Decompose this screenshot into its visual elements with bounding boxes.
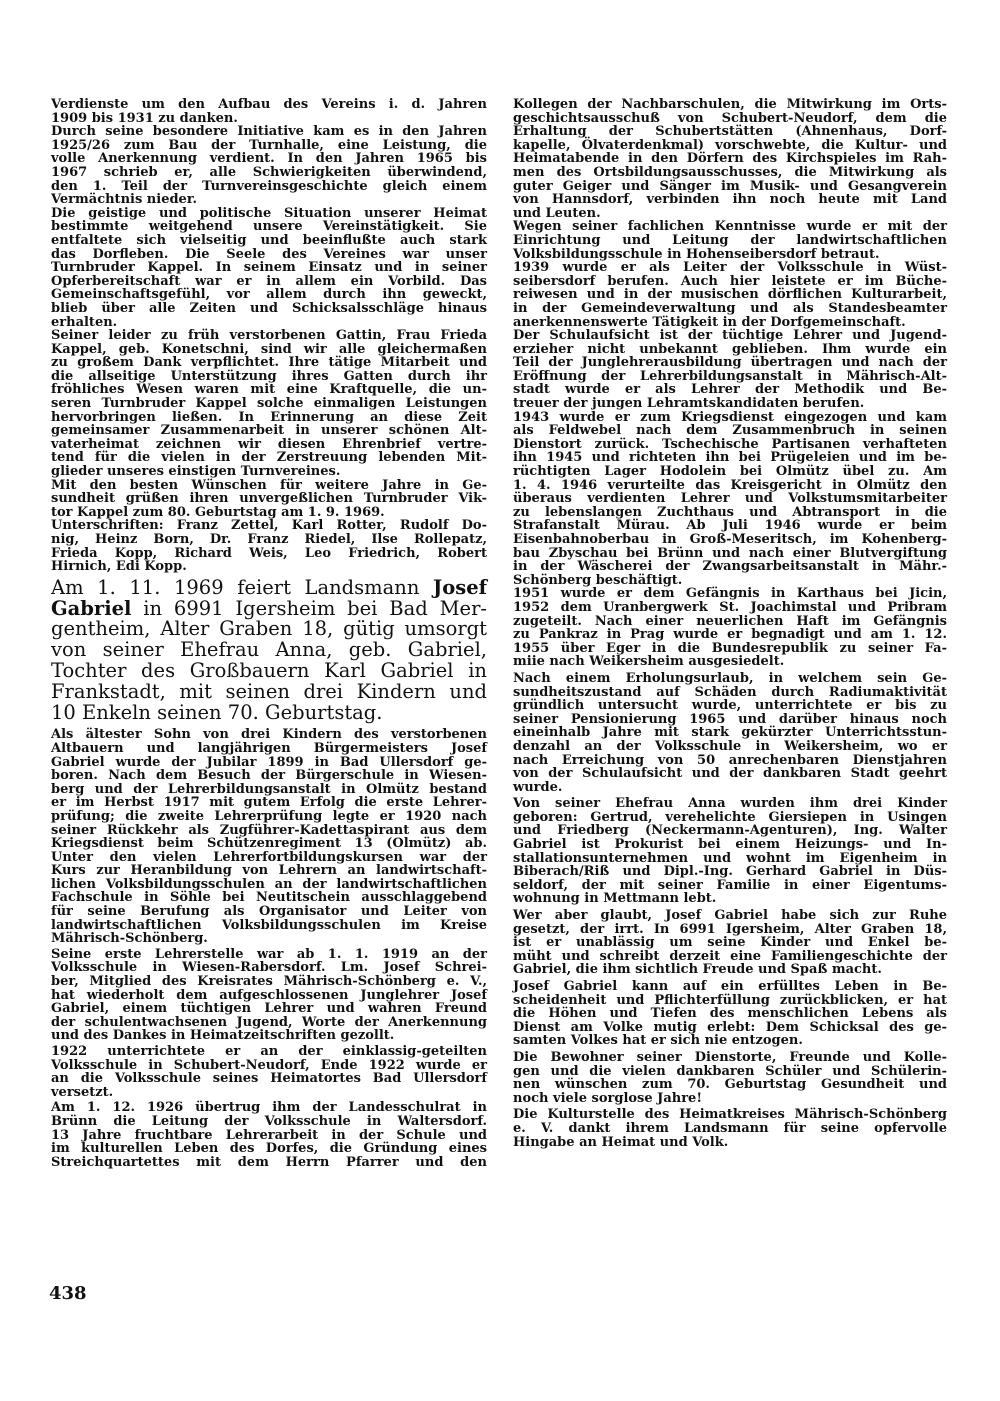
- text-line: landwirtschaftlichen Volksbildungsschule…: [51, 919, 487, 933]
- text-line: Eisenbahnoberbau in Groß-Meseritsch, im …: [513, 533, 947, 547]
- paragraph: Nach einem Erholungsurlaub, in welchem s…: [513, 672, 947, 794]
- headline-line: von seiner Ehefrau Anna, geb. Gabriel,: [51, 640, 487, 661]
- text-line: anerkennenswerte Tätigkeit in der Dorfge…: [513, 316, 947, 330]
- text-line: Hingabe an Heimat und Volk.: [513, 1136, 947, 1150]
- text-line: Teil der Junglehrerausbildung übertragen…: [513, 356, 947, 370]
- text-line: stallationsunternehmen und wohnt im Eige…: [513, 852, 947, 866]
- text-line: Dienstort zurück. Tschechische Partisane…: [513, 438, 947, 452]
- headline-line: Am 1. 11. 1969 feiert Landsmann Josef: [51, 578, 487, 599]
- paragraph: 1922 unterrichtete er an der einklassig-…: [51, 1045, 487, 1099]
- text-line: Mährisch-Schönberg.: [51, 932, 487, 946]
- text-line: Als ältester Sohn von drei Kindern des v…: [51, 728, 487, 742]
- text-line: miie nach Weikersheim ausgesiedelt.: [513, 655, 947, 669]
- text-line: Unterschriften: Franz Zettel, Karl Rotte…: [51, 519, 487, 533]
- text-line: Kriegsdienst beim Schützenregiment 13 (O…: [51, 837, 487, 851]
- paragraph: Wer aber glaubt, Josef Gabriel habe sich…: [513, 909, 947, 977]
- text-line: er im Herbst 1917 mit gutem Erfolg die e…: [51, 796, 487, 810]
- text-line: eineinhalb Jahre mit stark gekürzter Unt…: [513, 726, 947, 740]
- headline-text: Am 1. 11. 1969 feiert Landsmann: [51, 576, 433, 599]
- left-column: Verdienste um den Aufbau des Vereins i. …: [51, 98, 487, 1169]
- text-line: Die geistige und politische Situation un…: [51, 207, 487, 221]
- text-line: und Friedberg (Neckermann-Agenturen), In…: [513, 824, 947, 838]
- text-line: nig, Heinz Born, Dr. Franz Riedel, Ilse …: [51, 533, 487, 547]
- text-line: überaus verdienten Lehrer und Volkstumsm…: [513, 492, 947, 506]
- text-line: men des Ortsbildungsausschusses, die Mit…: [513, 166, 947, 180]
- text-line: gemeinsamer Zusammenarbeit in unserer sc…: [51, 424, 487, 438]
- text-line: treuer der jungen Lehramtskandidaten ber…: [513, 397, 947, 411]
- text-line: Kurs zur Heranbildung von Lehrern an lan…: [51, 864, 487, 878]
- paragraph: Seine erste Lehrerstelle war ab 1. 1. 19…: [51, 948, 487, 1043]
- text-line: Gabriel, einem tüchtigen Lehrer und wahr…: [51, 1002, 487, 1016]
- text-line: versetzt.: [51, 1086, 487, 1100]
- text-line: Gabriel wurde der Jubilar 1899 in Bad Ul…: [51, 756, 487, 770]
- text-line: Einrichtung und Leitung der landwirtscha…: [513, 234, 947, 248]
- text-line: von der Schulaufsicht und der dankbaren …: [513, 767, 947, 781]
- text-line: Die Bewohner seiner Dienstorte, Freunde …: [513, 1051, 947, 1065]
- text-line: 1939 wurde er als Leiter der Volksschule…: [513, 261, 947, 275]
- text-line: bestimmte weitgehend unsere Vereinstätig…: [51, 220, 487, 234]
- paragraph: Von seiner Ehefrau Anna wurden ihm drei …: [513, 797, 947, 906]
- text-line: berg und der Lehrerbildungsanstalt in Ol…: [51, 783, 487, 797]
- text-line: von Hannsdorf, verbinden ihn noch heute …: [513, 193, 947, 207]
- headline-text: in 6991 Igersheim bei Bad Mer-: [131, 597, 487, 620]
- text-line: Strafanstalt Mürau. Ab Juli 1946 wurde e…: [513, 519, 947, 533]
- text-line: 1909 bis 1931 zu danken.: [51, 112, 487, 126]
- text-line: erhalten.: [51, 316, 487, 330]
- paragraph: Als ältester Sohn von drei Kindern des v…: [51, 728, 487, 946]
- text-line: seiner Pensionierung 1965 und darüber hi…: [513, 713, 947, 727]
- text-line: und des Dankes in Heimatzeitschriften ge…: [51, 1029, 487, 1043]
- text-line: samten Volkes hat er sich nie entzogen.: [513, 1034, 947, 1048]
- text-line: denzahl an der Volksschule in Weikershei…: [513, 740, 947, 754]
- paragraph: Josef Gabriel kann auf ein erfülltes Leb…: [513, 980, 947, 1048]
- text-line: Seine erste Lehrerstelle war ab 1. 1. 19…: [51, 948, 487, 962]
- headline-announcement: Am 1. 11. 1969 feiert Landsmann JosefGab…: [51, 578, 487, 724]
- text-line: nen wünschen zum 70. Geburtstag Gesundhe…: [513, 1078, 947, 1092]
- paragraph: Der Schulaufsicht ist der tüchtige Lehre…: [513, 329, 947, 411]
- headline-line: 10 Enkeln seinen 70. Geburtstag.: [51, 703, 487, 724]
- paragraph: Am 1. 12. 1926 übertrug ihm der Landessc…: [51, 1101, 487, 1169]
- paragraph: Seiner leider zu früh verstorbenen Gatti…: [51, 329, 487, 479]
- text-line: ber, Mitglied des Kreisrates Mährisch-Sc…: [51, 975, 487, 989]
- text-line: Durch seine besondere Initiative kam es …: [51, 125, 487, 139]
- text-line: die Höhen und Tiefen des menschlichen Le…: [513, 1007, 947, 1021]
- text-line: 1922 unterrichtete er an der einklassig-…: [51, 1045, 487, 1059]
- text-line: 1967 schrieb er, alle Schwierigkeiten üb…: [51, 166, 487, 180]
- text-line: 13 Jahre fruchtbare Lehrerarbeit in der …: [51, 1129, 487, 1143]
- text-line: Opferbereitschaft war er in allem ein Vo…: [51, 275, 487, 289]
- text-line: Turnbruder Kappel. In seinem Einsatz und…: [51, 261, 487, 275]
- text-line: stadt wurde er als Lehrer der Methodik u…: [513, 383, 947, 397]
- text-line: kapelle, Ölvaterdenkmal) vorschwebte, di…: [513, 139, 947, 153]
- text-line: Mit den besten Wünschen für weitere Jahr…: [51, 479, 487, 493]
- text-line: blieb über alle Zeiten und Schicksalssch…: [51, 302, 487, 316]
- text-line: 1925/26 zum Bau der Turnhalle, eine Leis…: [51, 139, 487, 153]
- paragraph: Die geistige und politische Situation un…: [51, 207, 487, 329]
- headline-line: Gabriel in 6991 Igersheim bei Bad Mer-: [51, 599, 487, 620]
- paragraph: Die Kulturstelle des Heimatkreises Mähri…: [513, 1108, 947, 1149]
- text-line: Am 1. 12. 1926 übertrug ihm der Landessc…: [51, 1101, 487, 1115]
- text-line: Volksbildungsschule in Hohenseibersdorf …: [513, 248, 947, 262]
- text-line: seren Turnbruder Kappel solche einmalige…: [51, 397, 487, 411]
- text-line: Schönberg beschäftigt.: [513, 574, 947, 588]
- name-bold: Josef: [433, 576, 487, 599]
- text-line: Gabriel ist Prokurist bei einem Heizungs…: [513, 838, 947, 852]
- text-line: Gemeinschaftsgefühl, vor allem durch ihn…: [51, 288, 487, 302]
- text-line: Wegen seiner fachlichen Kenntnisse wurde…: [513, 220, 947, 234]
- paragraph: Unterschriften: Franz Zettel, Karl Rotte…: [51, 519, 487, 573]
- text-line: Der Schulaufsicht ist der tüchtige Lehre…: [513, 329, 947, 343]
- text-line: seibersdorf berufen. Auch hier leistete …: [513, 275, 947, 289]
- document-page: Verdienste um den Aufbau des Vereins i. …: [0, 0, 1000, 1401]
- text-line: sundheit grüßen ihren unvergeßlichen Tur…: [51, 492, 487, 506]
- headline-line: Tochter des Großbauern Karl Gabriel in: [51, 661, 487, 682]
- paragraph: 1951 wurde er dem Gefängnis in Karthaus …: [513, 587, 947, 669]
- paragraph: Kollegen der Nachbarschulen, die Mitwirk…: [513, 98, 947, 220]
- text-line: Kollegen der Nachbarschulen, die Mitwirk…: [513, 98, 947, 112]
- text-line: prüfung; die zweite Lehrerprüfung legte …: [51, 810, 487, 824]
- text-line: müht und schreibt derzeit eine Familieng…: [513, 950, 947, 964]
- text-line: reiwesen und in der musischen dörflichen…: [513, 288, 947, 302]
- paragraph: 1939 wurde er als Leiter der Volksschule…: [513, 261, 947, 329]
- text-line: guter Geiger und Sänger im Musik- und Ge…: [513, 180, 947, 194]
- paragraph: 1943 wurde er zum Kriegsdienst eingezoge…: [513, 411, 947, 588]
- text-line: Gabriel, die ihm sichtlich Freude und Sp…: [513, 963, 947, 977]
- text-line: e. V. dankt ihrem Landsmann für seine op…: [513, 1122, 947, 1136]
- text-line: glieder unseres einstigen Turnvereines.: [51, 465, 487, 479]
- paragraph: Durch seine besondere Initiative kam es …: [51, 125, 487, 207]
- paragraph: Mit den besten Wünschen für weitere Jahr…: [51, 479, 487, 520]
- text-line: Altbauern und langjährigen Bürgermeister…: [51, 742, 487, 756]
- text-line: Die Kulturstelle des Heimatkreises Mähri…: [513, 1108, 947, 1122]
- text-line: zu großem Dank verpflichtet. Ihre tätige…: [51, 356, 487, 370]
- text-line: zu Pankraz in Prag wurde er begnadigt un…: [513, 628, 947, 642]
- text-line: Josef Gabriel kann auf ein erfülltes Leb…: [513, 980, 947, 994]
- text-line: wohnung in Mettmann lebt.: [513, 892, 947, 906]
- text-line: volle Anerkennung verdient. In den Jahre…: [51, 152, 487, 166]
- text-line: in der Gemeindeverwaltung und als Stande…: [513, 302, 947, 316]
- text-line: Brünn die Leitung der Volksschule in Wal…: [51, 1115, 487, 1129]
- text-line: geschichtsausschuß von Schubert-Neudorf,…: [513, 112, 947, 126]
- text-line: Verdienste um den Aufbau des Vereins i. …: [51, 98, 487, 112]
- headline-line: gentheim, Alter Graben 18, gütig umsorgt: [51, 619, 487, 640]
- text-line: Heimatabende in den Dörfern des Kirchspi…: [513, 152, 947, 166]
- headline-line: Frankstadt, mit seinen drei Kindern und: [51, 682, 487, 703]
- name-bold: Gabriel: [51, 597, 131, 620]
- text-line: 1955 über Eger in die Bundesrepublik zu …: [513, 642, 947, 656]
- text-line: Frieda Kopp, Richard Weis, Leo Friedrich…: [51, 547, 487, 561]
- text-line: rüchtigten Lager Hodolein bei Olmütz übe…: [513, 465, 947, 479]
- paragraph: Wegen seiner fachlichen Kenntnisse wurde…: [513, 220, 947, 261]
- text-line: Streichquartettes mit dem Herrn Pfarrer …: [51, 1156, 487, 1170]
- text-line: Erhaltung der Schubertstätten (Ahnenhaus…: [513, 125, 947, 139]
- text-line: das Dorfleben. Die Seele des Vereines wa…: [51, 248, 487, 262]
- text-line: gründlich untersucht wurde, unterrichtet…: [513, 699, 947, 713]
- text-line: erzieher nicht unbekannt geblieben. Ihm …: [513, 343, 947, 357]
- text-line: Nach einem Erholungsurlaub, in welchem s…: [513, 672, 947, 686]
- text-line: Biberach/Riß und Dipl.-Ing. Gerhard Gabr…: [513, 865, 947, 879]
- text-line: noch viele sorglose Jahre!: [513, 1092, 947, 1106]
- text-line: ist er unablässig um seine Kinder und En…: [513, 936, 947, 950]
- text-line: entfaltete sich vielseitig und beeinfluß…: [51, 234, 487, 248]
- text-line: 1952 dem Uranbergwerk St. Joachimstal un…: [513, 601, 947, 615]
- text-line: bau Zbyschau bei Brünn und nach einer Bl…: [513, 547, 947, 561]
- page-number: 438: [49, 1283, 87, 1304]
- text-line: geboren: Gertrud, verehelichte Giersiepe…: [513, 811, 947, 825]
- text-line: als Feldwebel nach dem Zusammenbruch in …: [513, 424, 947, 438]
- text-line: boren. Nach dem Besuch der Bürgerschule …: [51, 769, 487, 783]
- text-line: für seine Berufung als Organisator und L…: [51, 905, 487, 919]
- text-line: gesetzt, der irrt. In 6991 Igersheim, Al…: [513, 923, 947, 937]
- paragraph: Verdienste um den Aufbau des Vereins i. …: [51, 98, 487, 125]
- text-line: Vermächtnis nieder.: [51, 193, 487, 207]
- text-line: Hirnich, Edi Kopp.: [51, 560, 487, 574]
- text-line: wurde.: [513, 781, 947, 795]
- text-line: vaterheimat zeichnen wir diesen Ehrenbri…: [51, 438, 487, 452]
- paragraph: Die Bewohner seiner Dienstorte, Freunde …: [513, 1051, 947, 1105]
- text-line: lichen Volksbildungsschulen an der landw…: [51, 878, 487, 892]
- text-line: Dienst am Volke mutig erlebt: Dem Schick…: [513, 1021, 947, 1035]
- text-line: hervorbringen ließen. In Erinnerung an d…: [51, 411, 487, 425]
- text-line: tend für die vielen in der Zerstreuung l…: [51, 451, 487, 465]
- text-line: der schulentwachsenen Jugend, Worte der …: [51, 1016, 487, 1030]
- text-line: zu lebenslangen Zuchthaus und Abtranspor…: [513, 506, 947, 520]
- text-line: den 1. Teil der Turnvereinsgeschichte gl…: [51, 180, 487, 194]
- text-line: Von seiner Ehefrau Anna wurden ihm drei …: [513, 797, 947, 811]
- text-line: seldorf, der mit seiner Familie in einer…: [513, 879, 947, 893]
- text-line: ihn 1945 und richteten ihn bei Prügeleie…: [513, 451, 947, 465]
- text-line: Wer aber glaubt, Josef Gabriel habe sich…: [513, 909, 947, 923]
- text-line: Unter den vielen Lehrerfortbildungskurse…: [51, 851, 487, 865]
- text-line: gen und die vielen dankbaren Schüler und…: [513, 1065, 947, 1079]
- text-line: Kappel, geb. Konetschni, sind wir alle g…: [51, 343, 487, 357]
- text-line: zugeteilt. Nach einer neuerlichen Haft i…: [513, 615, 947, 629]
- text-line: fröhliches Wesen waren mit eine Kraftque…: [51, 383, 487, 397]
- text-line: nach Erreichung von 50 anrechenbaren Die…: [513, 754, 947, 768]
- text-line: im kulturellen Leben des Dorfes, die Grü…: [51, 1142, 487, 1156]
- text-line: tor Kappel zum 80. Geburtstag am 1. 9. 1…: [51, 506, 487, 520]
- text-line: 1951 wurde er dem Gefängnis in Karthaus …: [513, 587, 947, 601]
- text-line: Eröffnung der Lehrerbildungsanstalt in M…: [513, 370, 947, 384]
- text-line: sundheitszustand auf Schäden durch Radiu…: [513, 686, 947, 700]
- text-line: scheidenheit und Pflichterfüllung zurück…: [513, 994, 947, 1008]
- text-line: Seiner leider zu früh verstorbenen Gatti…: [51, 329, 487, 343]
- text-line: Volksschule in Schubert-Neudorf, Ende 19…: [51, 1059, 487, 1073]
- right-column: Kollegen der Nachbarschulen, die Mitwirk…: [513, 98, 947, 1149]
- text-line: seiner Rückkehr als Zugführer-Kadettaspi…: [51, 824, 487, 838]
- text-line: die allseitige Unterstützung ihres Gatte…: [51, 370, 487, 384]
- text-line: an die Volksschule seines Heimatortes Ba…: [51, 1072, 487, 1086]
- text-line: Volksschule in Wiesen-Rabersdorf. Lm. Jo…: [51, 961, 487, 975]
- text-line: und Leuten.: [513, 207, 947, 221]
- text-line: 1943 wurde er zum Kriegsdienst eingezoge…: [513, 411, 947, 425]
- text-line: Fachschule in Söhle bei Neutitschein aus…: [51, 891, 487, 905]
- text-line: hat wiederholt dem aufgeschlossenen Jung…: [51, 989, 487, 1003]
- text-line: 1. 4. 1946 verurteilte das Kreisgericht …: [513, 479, 947, 493]
- text-line: in der Wäscherei der Zwangsarbeitsanstal…: [513, 560, 947, 574]
